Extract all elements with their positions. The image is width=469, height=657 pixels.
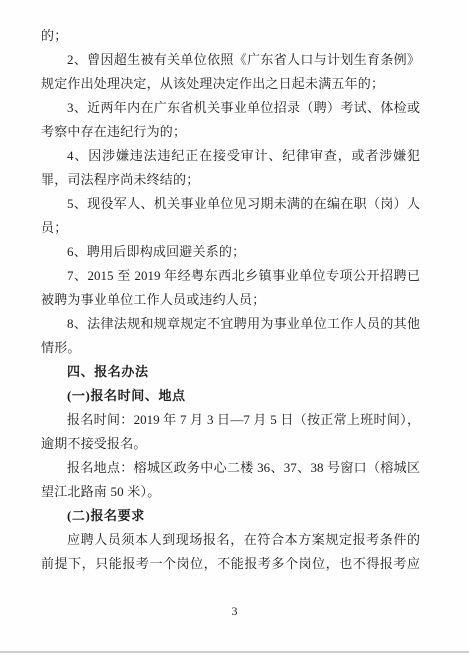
- text-line: (二)报名要求: [41, 504, 420, 528]
- page-bottom-divider: [0, 651, 469, 653]
- text-line: 8、法律法规和规章规定不宜聘用为事业单位工作人员的其他: [41, 312, 420, 336]
- text-line: 规定作出处理决定，从该处理决定作出之日起未满五年的；: [41, 72, 420, 96]
- page-number: 3: [0, 604, 469, 619]
- text-line: 报名时间：2019 年 7 月 3 日—7 月 5 日（按正常上班时间），: [41, 408, 420, 432]
- text-line: 望江北路南 50 米）。: [41, 480, 420, 504]
- text-line: 情形。: [41, 336, 420, 360]
- text-line: 2、曾因超生被有关单位依照《广东省人口与计划生育条例》: [41, 48, 420, 72]
- text-line: 被聘为事业单位工作人员或违约人员；: [41, 288, 420, 312]
- text-line: 6、聘用后即构成回避关系的；: [41, 240, 420, 264]
- text-line: 前提下，只能报考一个岗位，不能报考多个岗位，也不得报考应: [41, 552, 420, 576]
- text-line: 的；: [41, 24, 420, 48]
- text-line: 应聘人员须本人到现场报名，在符合本方案规定报考条件的: [41, 528, 420, 552]
- text-line: (一)报名时间、地点: [41, 384, 420, 408]
- text-line: 罪，司法程序尚未终结的；: [41, 168, 420, 192]
- text-line: 考察中存在违纪行为的；: [41, 120, 420, 144]
- document-lines: 的；2、曾因超生被有关单位依照《广东省人口与计划生育条例》规定作出处理决定，从该…: [41, 24, 420, 576]
- document-page: 的；2、曾因超生被有关单位依照《广东省人口与计划生育条例》规定作出处理决定，从该…: [0, 0, 469, 657]
- text-line: 四、报名办法: [41, 360, 420, 384]
- text-line: 逾期不接受报名。: [41, 432, 420, 456]
- text-line: 报名地点：榕城区政务中心二楼 36、37、38 号窗口（榕城区: [41, 456, 420, 480]
- text-line: 4、因涉嫌违法违纪正在接受审计、纪律审查，或者涉嫌犯: [41, 144, 420, 168]
- text-line: 员；: [41, 216, 420, 240]
- text-line: 5、现役军人、机关事业单位见习期未满的在编在职（岗）人: [41, 192, 420, 216]
- text-line: 7、2015 至 2019 年经粤东西北乡镇事业单位专项公开招聘已: [41, 264, 420, 288]
- text-line: 3、近两年内在广东省机关事业单位招录（聘）考试、体检或: [41, 96, 420, 120]
